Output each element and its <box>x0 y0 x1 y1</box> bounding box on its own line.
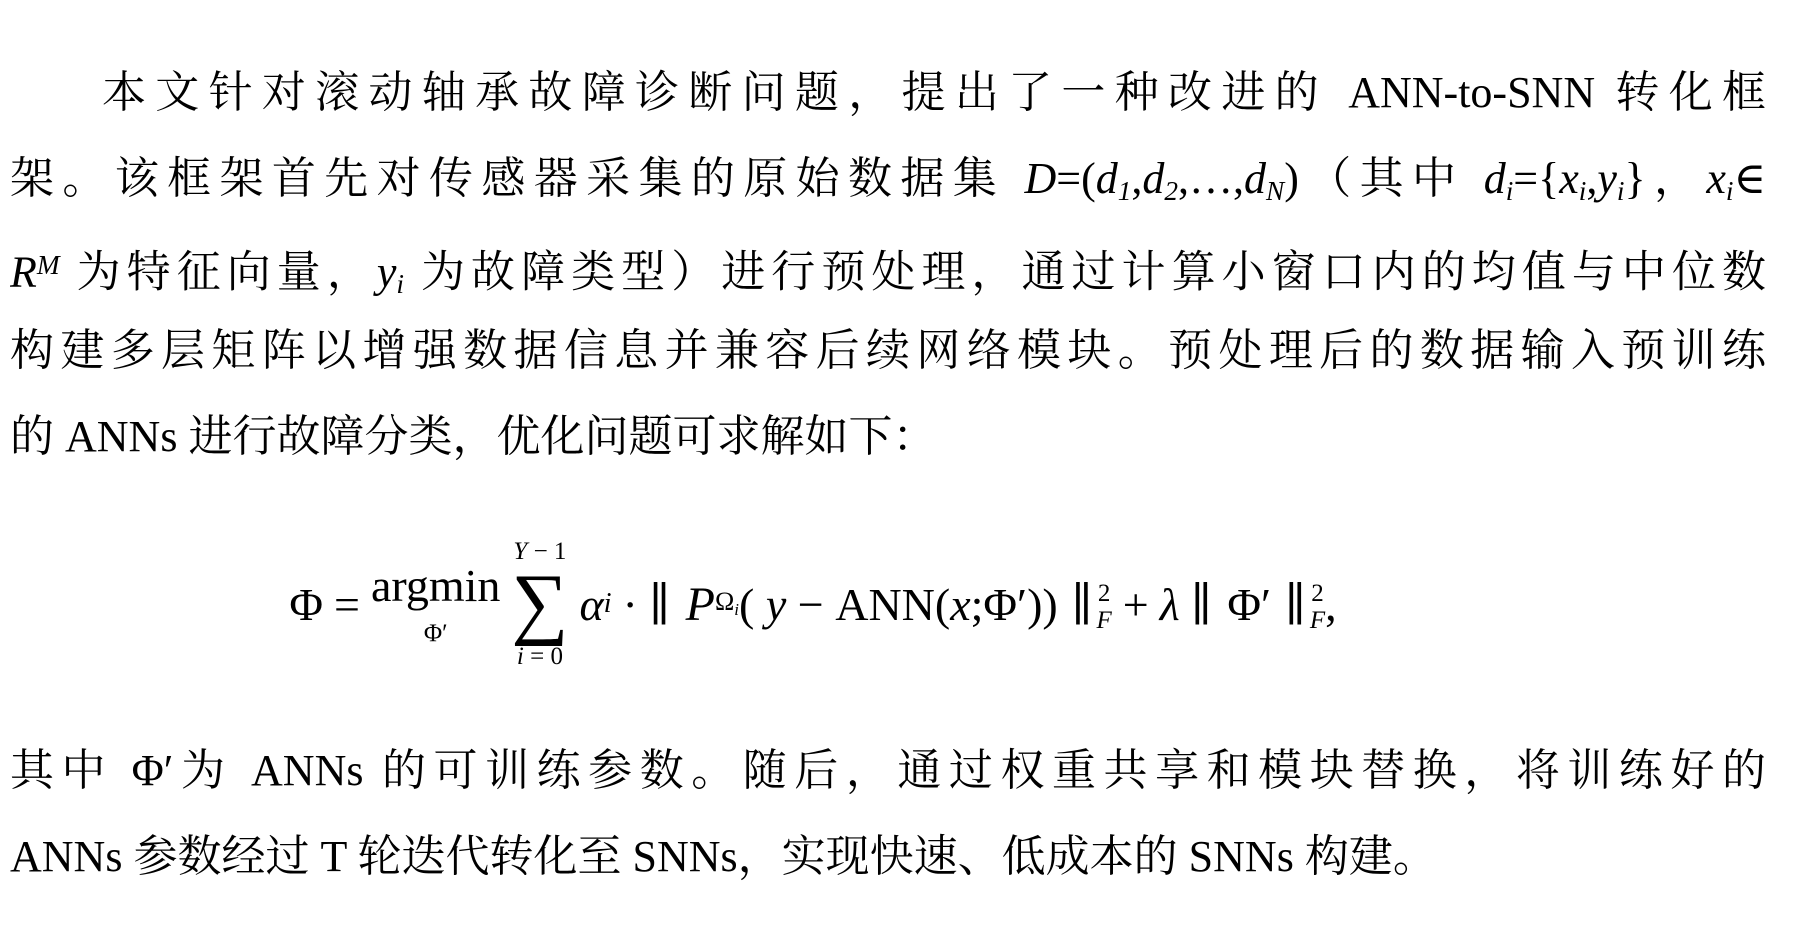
text-segment: D <box>1024 154 1056 203</box>
text-segment: y <box>377 247 397 296</box>
formula-sum-lower-limit: i = 0 <box>517 644 563 669</box>
paragraph-line-5: 的 ANNs 进行故障分类，优化问题可求解如下： <box>10 394 1766 480</box>
text-segment: y <box>1597 154 1617 203</box>
text-segment: d <box>1244 154 1266 203</box>
text-segment: d <box>1142 154 1164 203</box>
text-segment: }， <box>1624 154 1706 203</box>
text-segment: 的 ANNs 进行故障分类，优化问题可求解如下： <box>10 412 936 461</box>
text-segment: d <box>1096 154 1118 203</box>
text-segment: x <box>1559 154 1579 203</box>
formula-argmin-subscript: Φ′ <box>424 621 448 646</box>
page-content: 本文针对滚动轴承故障诊断问题，提出了一种改进的 ANN-to-SNN 转化框 架… <box>0 0 1796 900</box>
text-segment: 为特征向量， <box>60 247 377 296</box>
formula-argmin-operator: argmin Φ′ <box>371 563 500 646</box>
formula-alpha-term: αi <box>579 578 611 631</box>
text-segment: d <box>1484 154 1506 203</box>
norm-close-bar: ∥ <box>1271 577 1308 631</box>
text-segment: , <box>1131 154 1142 203</box>
projection-subscript: Ωi <box>715 587 739 620</box>
projection-operator: P <box>686 577 715 632</box>
text-segment: R <box>10 247 37 296</box>
text-segment: 架。该框架首先对传感器采集的原始数据集 <box>10 154 1024 203</box>
document-page: { "document": { "background": "#ffffff",… <box>0 0 1796 929</box>
text-segment: 2 <box>1164 176 1178 206</box>
formula-argmin-label: argmin <box>371 563 500 609</box>
paragraph-line-7: ANNs 参数经过 T 轮迭代转化至 SNNs，实现快速、低成本的 SNNs 构… <box>10 814 1766 900</box>
optimization-formula: Φ = argmin Φ′ Y − 1 ∑ i = 0 αi · ∥ PΩi( … <box>10 480 1766 728</box>
text-segment: 其中 Φ′为 ANNs 的可训练参数。随后，通过权重共享和模块替换，将训练好的 <box>10 746 1766 795</box>
formula-equals: = <box>334 578 360 631</box>
formula-row: Φ = argmin Φ′ Y − 1 ∑ i = 0 αi · ∥ PΩi( … <box>289 539 1336 669</box>
paragraph-line-4: 构建多层矩阵以增强数据信息并兼容后续网络模块。预处理后的数据输入预训练 <box>10 308 1766 394</box>
formula-cdot: · <box>623 578 638 631</box>
frobenius-norm-scripts: 2F <box>1310 580 1325 635</box>
formula-summation: Y − 1 ∑ i = 0 <box>511 539 568 669</box>
text-segment: N <box>1266 176 1284 206</box>
text-segment: 本文针对滚动轴承故障诊断问题，提出了一种改进的 ANN-to-SNN 转化框 <box>102 68 1766 117</box>
norm-open-bar: ∥ <box>1191 577 1228 631</box>
text-segment: 1 <box>1118 176 1132 206</box>
text-segment: ∈ <box>1733 154 1766 203</box>
text-segment: i <box>396 269 404 299</box>
text-segment: 构建多层矩阵以增强数据信息并兼容后续网络模块。预处理后的数据输入预训练 <box>10 326 1766 375</box>
formula-residual-norm: ∥ PΩi( y − ANN(x;Φ′)) ∥2F <box>649 574 1112 635</box>
frobenius-norm-scripts: 2F <box>1096 580 1111 635</box>
formula-comma: , <box>1325 578 1337 631</box>
paragraph-line-6: 其中 Φ′为 ANNs 的可训练参数。随后，通过权重共享和模块替换，将训练好的 <box>10 728 1766 814</box>
sigma-symbol: ∑ <box>511 564 568 644</box>
text-segment: x <box>1706 154 1726 203</box>
paragraph-line-3: RM 为特征向量，yi 为故障类型）进行预处理，通过计算小窗口内的均值与中位数 <box>10 222 1766 308</box>
formula-lambda: λ <box>1160 578 1180 631</box>
paragraph-line-2: 架。该框架首先对传感器采集的原始数据集 D=(d1,d2,…,dN)（其中 di… <box>10 136 1766 222</box>
text-segment: ,…, <box>1178 154 1244 203</box>
text-segment: ={ <box>1513 154 1559 203</box>
text-segment: , <box>1586 154 1597 203</box>
norm-close-bar: ∥ <box>1058 577 1095 631</box>
text-segment: 为故障类型）进行预处理，通过计算小窗口内的均值与中位数 <box>404 247 1766 296</box>
text-segment: =( <box>1056 154 1095 203</box>
text-segment: ANNs 参数经过 T 轮迭代转化至 SNNs，实现快速、低成本的 SNNs 构… <box>10 832 1437 881</box>
formula-plus: + <box>1123 578 1149 631</box>
norm-open-bar: ∥ <box>649 577 686 631</box>
formula-regularization-norm: ∥ Φ′ ∥2F, <box>1191 574 1337 635</box>
paragraph-line-1: 本文针对滚动轴承故障诊断问题，提出了一种改进的 ANN-to-SNN 转化框 <box>10 50 1766 136</box>
formula-phi: Φ <box>289 578 323 631</box>
text-segment: M <box>37 250 60 280</box>
text-segment: )（其中 <box>1284 154 1484 203</box>
